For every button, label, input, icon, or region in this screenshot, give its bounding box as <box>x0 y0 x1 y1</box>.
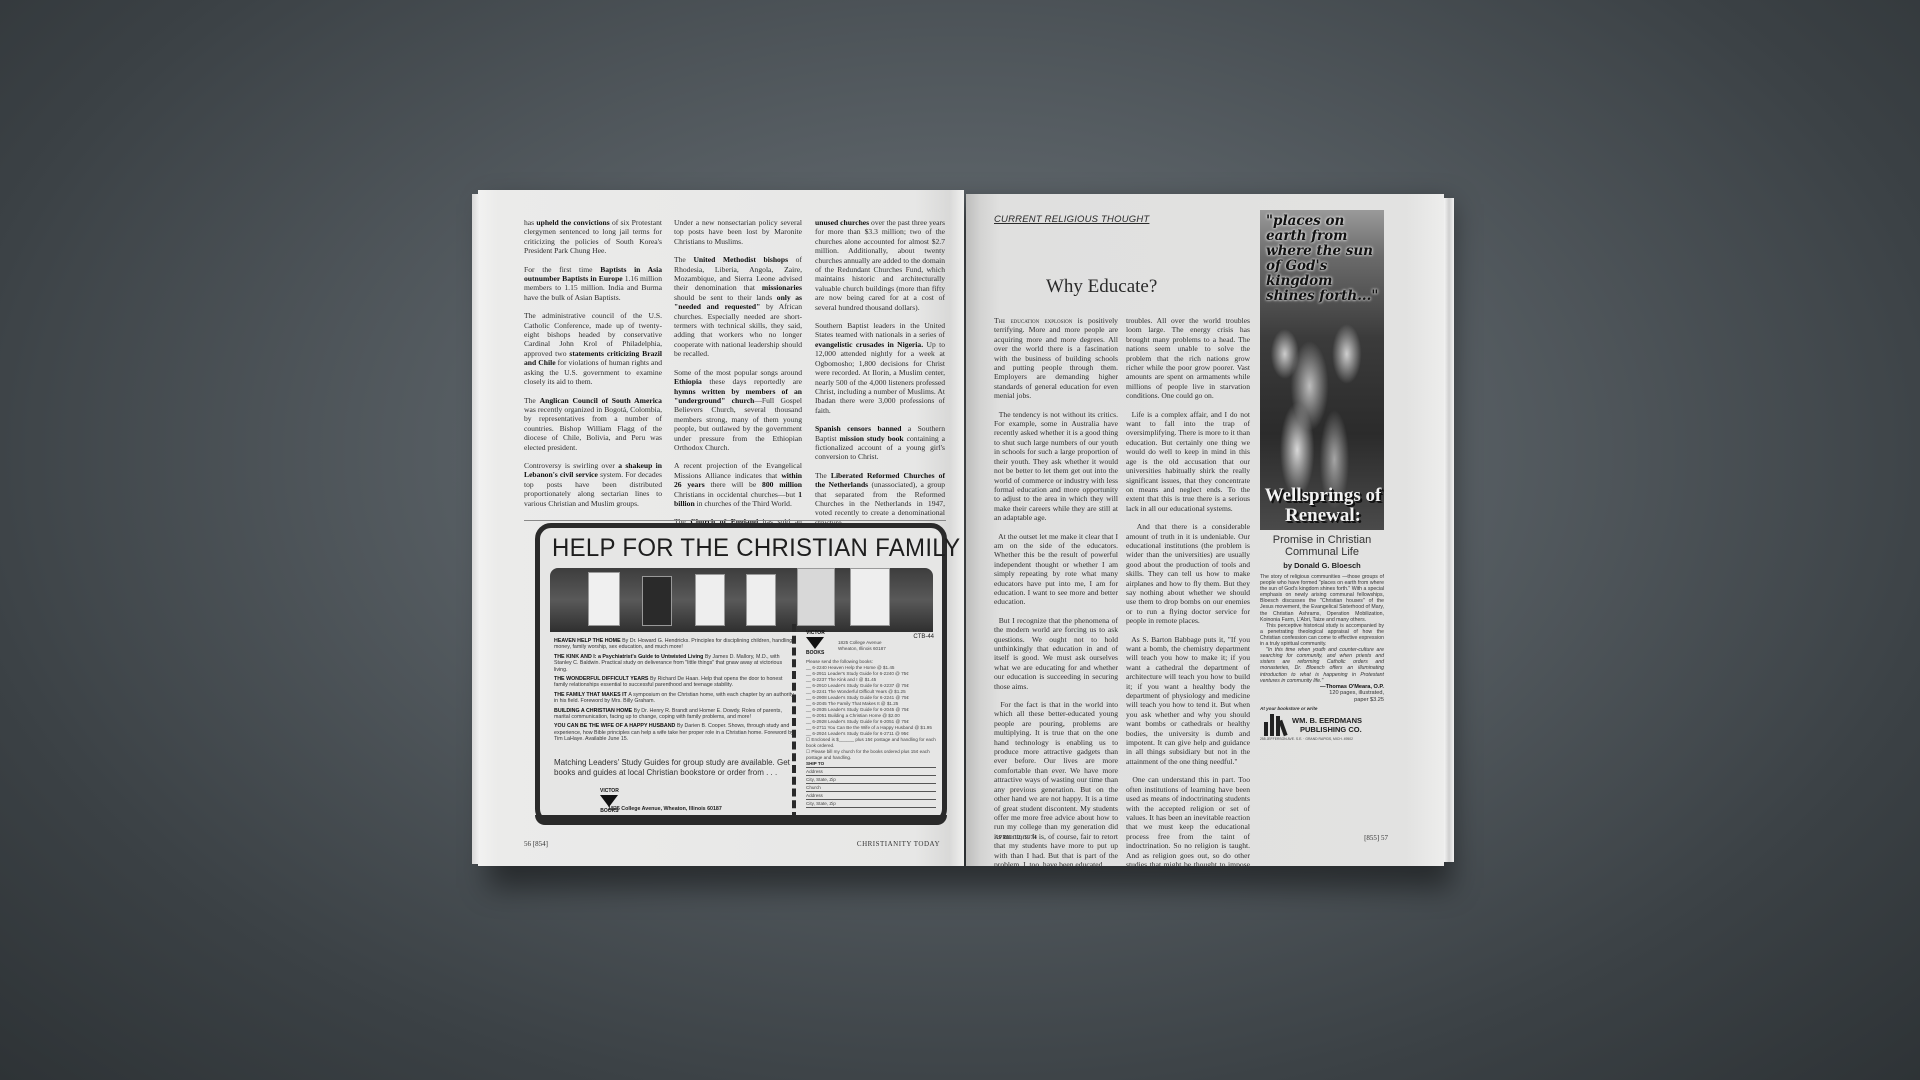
book-cover <box>797 568 835 626</box>
paragraph: But I recognize that the phenomena of th… <box>994 616 1118 691</box>
paragraph: troubles. All over the world troubles lo… <box>1126 316 1250 401</box>
paragraph: Southern Baptist leaders in the United S… <box>815 321 945 415</box>
paragraph: At the outset let me make it clear that … <box>994 532 1118 607</box>
books-logo-icon <box>1260 714 1286 736</box>
eerdmans-logo: WM. B. EERDMANS PUBLISHING CO. <box>1260 714 1384 736</box>
book-shelf-photo <box>550 568 933 632</box>
right-page-number: [855] 57 <box>1364 834 1388 842</box>
coupon-enclosed[interactable]: ☐ Enclosed is $______ plus 15¢ postage a… <box>806 737 936 749</box>
paragraph: Life is a complex affair, and I do not w… <box>1126 410 1250 513</box>
publisher-address: 255 JEFFERSON AVE. S.E. · GRAND RAPIDS, … <box>1260 737 1384 741</box>
book-cover <box>642 576 672 626</box>
ad-quote: "places on earth from where the sun of G… <box>1266 214 1381 304</box>
paragraph: A recent projection of the Evangelical M… <box>674 461 802 508</box>
ad-book-list: HEAVEN HELP THE HOME By Dr. Howard G. He… <box>554 638 794 746</box>
eerdmans-book-ad: "places on earth from where the sun of G… <box>1260 210 1384 741</box>
ad-book-entry: HEAVEN HELP THE HOME By Dr. Howard G. He… <box>554 638 794 651</box>
paragraph: The Anglican Council of South America wa… <box>524 396 662 452</box>
coupon-field[interactable]: City, State, Zip <box>806 801 936 808</box>
ad-divider <box>524 520 946 521</box>
left-column-2: Under a new nonsectarian policy several … <box>674 218 802 545</box>
article-column-2: troubles. All over the world troubles lo… <box>1126 316 1250 866</box>
book-cover <box>695 574 725 626</box>
coupon-address-fields: SHIP TOAddressCity, State, ZipChurchAddr… <box>806 761 936 808</box>
coupon-address-2: Wheaton, Illinois 60187 <box>838 646 886 652</box>
book-cover <box>588 572 620 626</box>
ad-description: The story of religious communities —thos… <box>1260 574 1384 684</box>
coupon-field[interactable]: Address <box>806 793 936 800</box>
ad-book-title: Wellsprings of Renewal: <box>1262 486 1384 526</box>
paragraph: And that there is a considerable amount … <box>1126 522 1250 625</box>
ad-book-entry: THE WONDERFUL DIFFICULT YEARS By Richard… <box>554 676 794 689</box>
paragraph: The Liberated Reformed Churches of the N… <box>815 471 945 527</box>
paragraph: Some of the most popular songs around Et… <box>674 368 802 453</box>
ad-headline: HELP FOR THE CHRISTIAN FAMILY <box>552 534 960 563</box>
ad-photo: "places on earth from where the sun of G… <box>1260 210 1384 530</box>
ad-order-text: Matching Leaders' Study Guides for group… <box>554 758 794 777</box>
ad-bookstore-note: At your bookstore or write <box>1260 706 1384 711</box>
coupon-code: CTB-44 <box>913 634 934 640</box>
paragraph: The United Methodist bishops of Rhodesia… <box>674 255 802 358</box>
paragraph: One can understand this in part. Too oft… <box>1126 775 1250 866</box>
coupon-field[interactable]: SHIP TO <box>806 761 936 768</box>
left-column-3: unused churches over the past three year… <box>815 218 945 536</box>
right-page: CURRENT RELIGIOUS THOUGHT Why Educate? T… <box>966 194 1444 866</box>
section-label: CURRENT RELIGIOUS THOUGHT <box>994 214 1149 225</box>
ad-book-entry: THE FAMILY THAT MAKES IT A symposium on … <box>554 692 794 705</box>
paragraph: has upheld the convictions of six Protes… <box>524 218 662 256</box>
left-page: has upheld the convictions of six Protes… <box>478 190 964 866</box>
paragraph: For the first time Baptists in Asia outn… <box>524 265 662 303</box>
ad-book-entry: THE KINK AND I: a Psychiatrist's Guide t… <box>554 654 794 673</box>
paragraph: Spanish censors banned a Southern Baptis… <box>815 424 945 462</box>
paragraph: Under a new nonsectarian policy several … <box>674 218 802 246</box>
article-headline: Why Educate? <box>1046 276 1157 298</box>
order-coupon: CTB-44 VICTOR BOOKS 1825 College Avenue … <box>792 624 942 820</box>
article-column-1: The education explosion is positively te… <box>994 316 1118 866</box>
victor-books-ad: HELP FOR THE CHRISTIAN FAMILY HEAVEN HEL… <box>535 523 947 825</box>
paragraph: unused churches over the past three year… <box>815 218 945 312</box>
left-column-1: has upheld the convictions of six Protes… <box>524 218 662 517</box>
paragraph: As S. Barton Babbage puts it, "If you wa… <box>1126 635 1250 767</box>
coupon-item-list: __ 6-2240 Heaven Help the Home @ $1.45__… <box>806 665 936 737</box>
coupon-field[interactable]: City, State, Zip <box>806 777 936 784</box>
right-page-edge <box>1444 198 1454 862</box>
book-cover <box>746 574 776 626</box>
coupon-field[interactable]: Church <box>806 785 936 792</box>
ad-book-entry: BUILDING A CHRISTIAN HOME By Dr. Henry R… <box>554 708 794 721</box>
ad-address: 1825 College Avenue, Wheaton, Illinois 6… <box>608 806 722 812</box>
paragraph: The education explosion is positively te… <box>994 316 1118 401</box>
ad-book-entry: YOU CAN BE THE WIFE OF A HAPPY HUSBAND B… <box>554 723 794 742</box>
ad-pricing: —Thomas O'Meara, O.P. 120 pages, illustr… <box>1260 684 1384 704</box>
paragraph: For the fact is that in the world into w… <box>994 700 1118 866</box>
paragraph: Controversy is swirling over a shakeup i… <box>524 461 662 508</box>
ad-book-subtitle: Promise in Christian Communal Life <box>1260 534 1384 558</box>
book-cover <box>850 568 890 626</box>
paragraph: The tendency is not without its critics.… <box>994 410 1118 523</box>
magazine-name: CHRISTIANITY TODAY <box>857 840 940 848</box>
left-page-number: 56 [854] <box>524 840 548 848</box>
left-page-edge <box>472 194 480 864</box>
ad-border-bar <box>535 815 947 825</box>
coupon-bill-church[interactable]: ☐ Please bill my church for the books or… <box>806 749 936 761</box>
ad-book-author: by Donald G. Bloesch <box>1260 561 1384 570</box>
paragraph: The administrative council of the U.S. C… <box>524 311 662 386</box>
magazine-spread: has upheld the convictions of six Protes… <box>478 190 1446 870</box>
coupon-victor-logo: VICTOR BOOKS <box>806 630 832 656</box>
issue-date: APRIL 12, 1974 <box>994 834 1037 841</box>
victor-v-icon <box>806 637 824 649</box>
coupon-field[interactable]: Address <box>806 769 936 776</box>
